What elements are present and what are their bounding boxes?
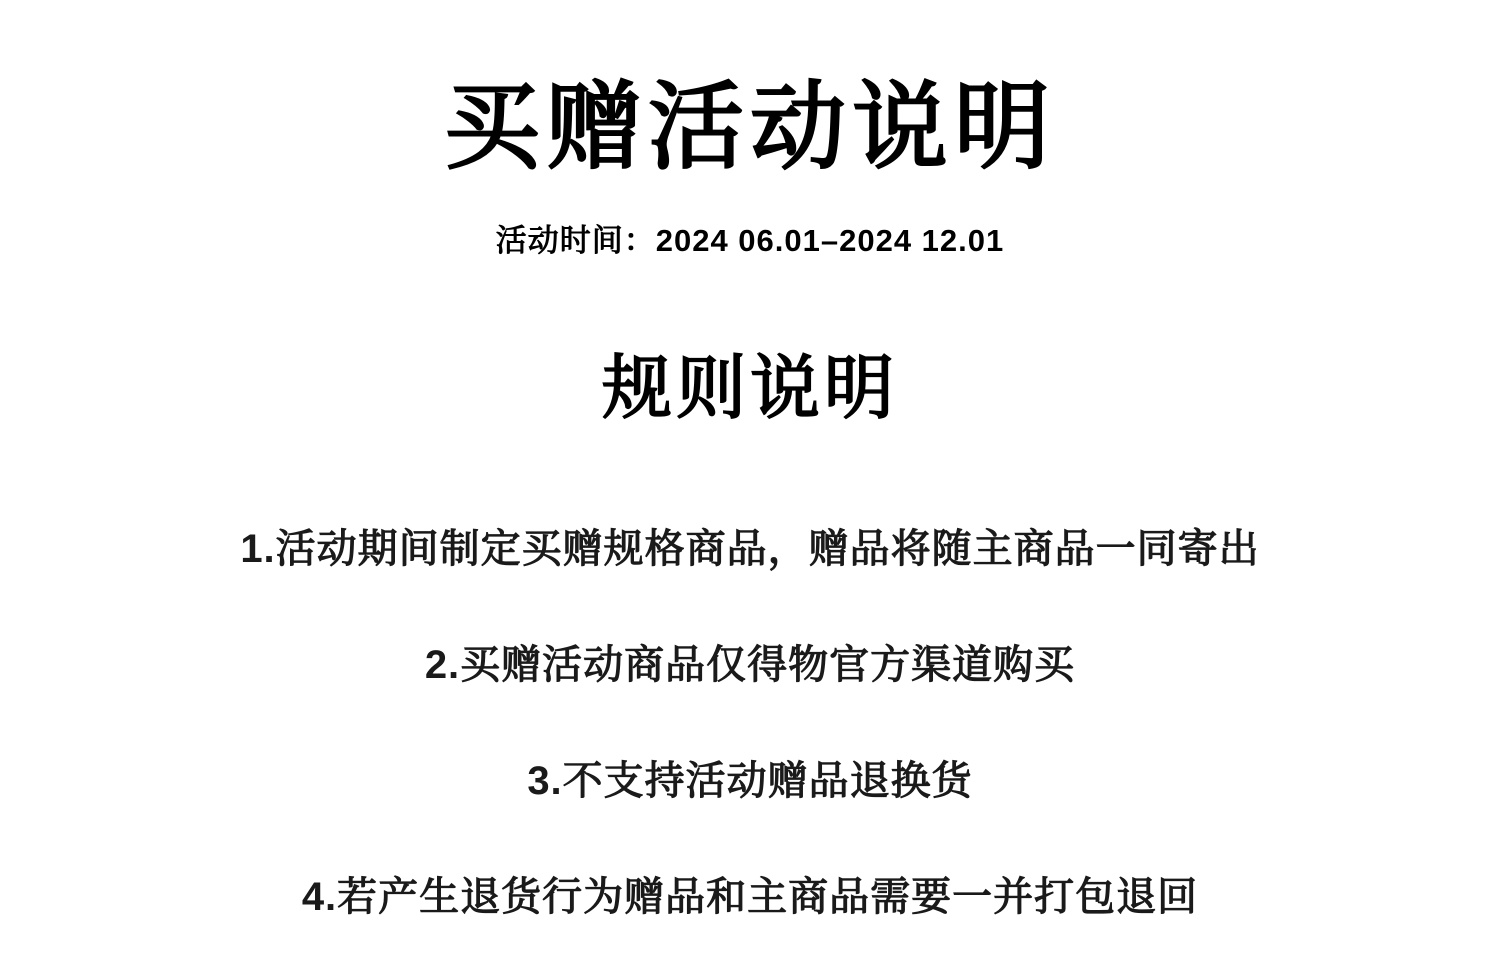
rule-item-3: 3.不支持活动赠品退换货 <box>240 759 1259 803</box>
rules-list: 1.活动期间制定买赠规格商品，赠品将随主商品一同寄出 2.买赠活动商品仅得物官方… <box>240 455 1259 919</box>
rule-item-4: 4.若产生退货行为赠品和主商品需要一并打包退回 <box>240 875 1259 919</box>
promo-rules-page: 买赠活动说明 活动时间：2024 06.01–2024 12.01 规则说明 1… <box>0 0 1500 960</box>
rule-item-1: 1.活动期间制定买赠规格商品，赠品将随主商品一同寄出 <box>240 527 1259 571</box>
rule-item-2: 2.买赠活动商品仅得物官方渠道购买 <box>240 643 1259 687</box>
activity-time-subtitle: 活动时间：2024 06.01–2024 12.01 <box>496 215 1005 260</box>
rules-section-heading: 规则说明 <box>602 332 898 433</box>
page-title: 买赠活动说明 <box>444 78 1056 179</box>
